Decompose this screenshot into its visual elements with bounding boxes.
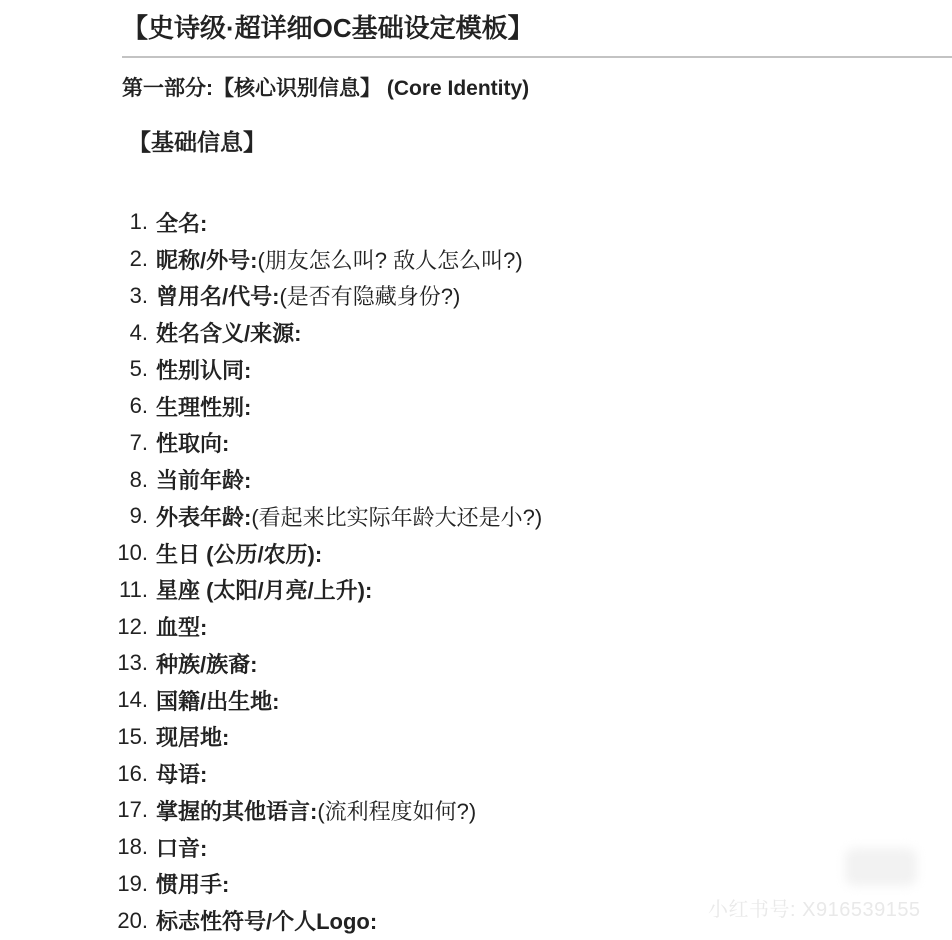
item-number: 14. [100, 687, 156, 713]
item-number: 9. [100, 503, 156, 529]
item-label: 标志性符号/个人Logo: [156, 909, 377, 934]
item-number: 2. [100, 246, 156, 272]
list-item: 12. 血型: [100, 608, 952, 645]
watermark-text: 小红书号: X916539155 [708, 893, 921, 922]
item-label: 生理性别: [156, 395, 251, 420]
item-label: 姓名含义/来源: [156, 321, 301, 346]
item-number: 6. [100, 393, 156, 419]
item-text: 生日 (公历/农历): [156, 538, 322, 569]
list-item: 16. 母语: [100, 755, 952, 792]
item-text: 曾用名/代号:(是否有隐藏身份?) [156, 280, 460, 311]
item-label: 血型: [156, 615, 207, 640]
list-item: 4. 姓名含义/来源: [100, 314, 952, 351]
list-item: 1. 全名: [100, 204, 952, 241]
list-item: 15. 现居地: [100, 719, 952, 756]
item-label: 全名: [156, 211, 207, 236]
item-label: 星座 (太阳/月亮/上升): [156, 578, 372, 603]
item-label: 生日 (公历/农历): [156, 542, 322, 567]
subsection-heading: 【基础信息】 [0, 102, 952, 156]
item-number: 5. [100, 356, 156, 382]
item-label: 口音: [156, 836, 207, 861]
list-item: 18. 口音: [100, 829, 952, 866]
item-label: 外表年龄: [156, 505, 251, 530]
item-label: 性别认同: [156, 358, 251, 383]
item-number: 19. [100, 871, 156, 897]
item-label: 掌握的其他语言: [156, 799, 317, 824]
list-item: 17. 掌握的其他语言:(流利程度如何?) [100, 792, 952, 829]
blurred-watermark-smudge [845, 848, 917, 886]
item-label: 当前年龄: [156, 468, 251, 493]
item-text: 当前年龄: [156, 464, 251, 495]
item-label: 性取向: [156, 431, 229, 456]
item-text: 昵称/外号:(朋友怎么叫? 敌人怎么叫?) [156, 244, 523, 275]
item-text: 国籍/出生地: [156, 685, 279, 716]
item-label: 曾用名/代号: [156, 284, 279, 309]
list-item: 2. 昵称/外号:(朋友怎么叫? 敌人怎么叫?) [100, 241, 952, 278]
item-label: 种族/族裔: [156, 652, 257, 677]
item-label: 惯用手: [156, 872, 229, 897]
item-number: 15. [100, 724, 156, 750]
section-heading: 第一部分:【核心识别信息】 (Core Identity) [0, 58, 952, 102]
item-text: 种族/族裔: [156, 648, 257, 679]
list-item: 3. 曾用名/代号:(是否有隐藏身份?) [100, 278, 952, 315]
item-text: 全名: [156, 207, 207, 238]
list-item: 8. 当前年龄: [100, 461, 952, 498]
item-label: 母语: [156, 762, 207, 787]
item-number: 4. [100, 320, 156, 346]
item-text: 生理性别: [156, 391, 251, 422]
item-number: 12. [100, 614, 156, 640]
oc-field-list: 1. 全名: 2. 昵称/外号:(朋友怎么叫? 敌人怎么叫?) 3. 曾用名/代… [0, 156, 952, 939]
item-number: 10. [100, 540, 156, 566]
item-number: 8. [100, 467, 156, 493]
item-text: 惯用手: [156, 868, 229, 899]
item-number: 7. [100, 430, 156, 456]
item-number: 11. [100, 577, 156, 603]
item-number: 18. [100, 834, 156, 860]
item-text: 口音: [156, 832, 207, 863]
list-item: 9. 外表年龄:(看起来比实际年龄大还是小?) [100, 498, 952, 535]
item-text: 姓名含义/来源: [156, 317, 301, 348]
item-hint: (是否有隐藏身份?) [279, 284, 460, 309]
item-label: 现居地: [156, 725, 229, 750]
item-text: 外表年龄:(看起来比实际年龄大还是小?) [156, 501, 542, 532]
item-text: 性取向: [156, 427, 229, 458]
list-item: 7. 性取向: [100, 425, 952, 462]
item-number: 17. [100, 797, 156, 823]
list-item: 13. 种族/族裔: [100, 645, 952, 682]
item-text: 标志性符号/个人Logo: [156, 905, 377, 936]
item-hint: (朋友怎么叫? 敌人怎么叫?) [257, 248, 522, 273]
list-item: 5. 性别认同: [100, 351, 952, 388]
page-title: 【史诗级·超详细OC基础设定模板】 [0, 0, 952, 44]
list-item: 14. 国籍/出生地: [100, 682, 952, 719]
item-label: 国籍/出生地: [156, 689, 279, 714]
item-hint: (看起来比实际年龄大还是小?) [251, 505, 542, 530]
document-page: 【史诗级·超详细OC基础设定模板】 第一部分:【核心识别信息】 (Core Id… [0, 0, 952, 940]
item-label: 昵称/外号: [156, 248, 257, 273]
item-number: 1. [100, 209, 156, 235]
list-item: 6. 生理性别: [100, 388, 952, 425]
item-hint: (流利程度如何?) [317, 799, 476, 824]
list-item: 11. 星座 (太阳/月亮/上升): [100, 572, 952, 609]
item-text: 现居地: [156, 721, 229, 752]
item-number: 20. [100, 908, 156, 934]
list-item: 10. 生日 (公历/农历): [100, 535, 952, 572]
item-number: 16. [100, 761, 156, 787]
item-text: 血型: [156, 611, 207, 642]
item-text: 性别认同: [156, 354, 251, 385]
item-number: 3. [100, 283, 156, 309]
item-number: 13. [100, 650, 156, 676]
item-text: 星座 (太阳/月亮/上升): [156, 574, 372, 605]
item-text: 母语: [156, 758, 207, 789]
item-text: 掌握的其他语言:(流利程度如何?) [156, 795, 476, 826]
